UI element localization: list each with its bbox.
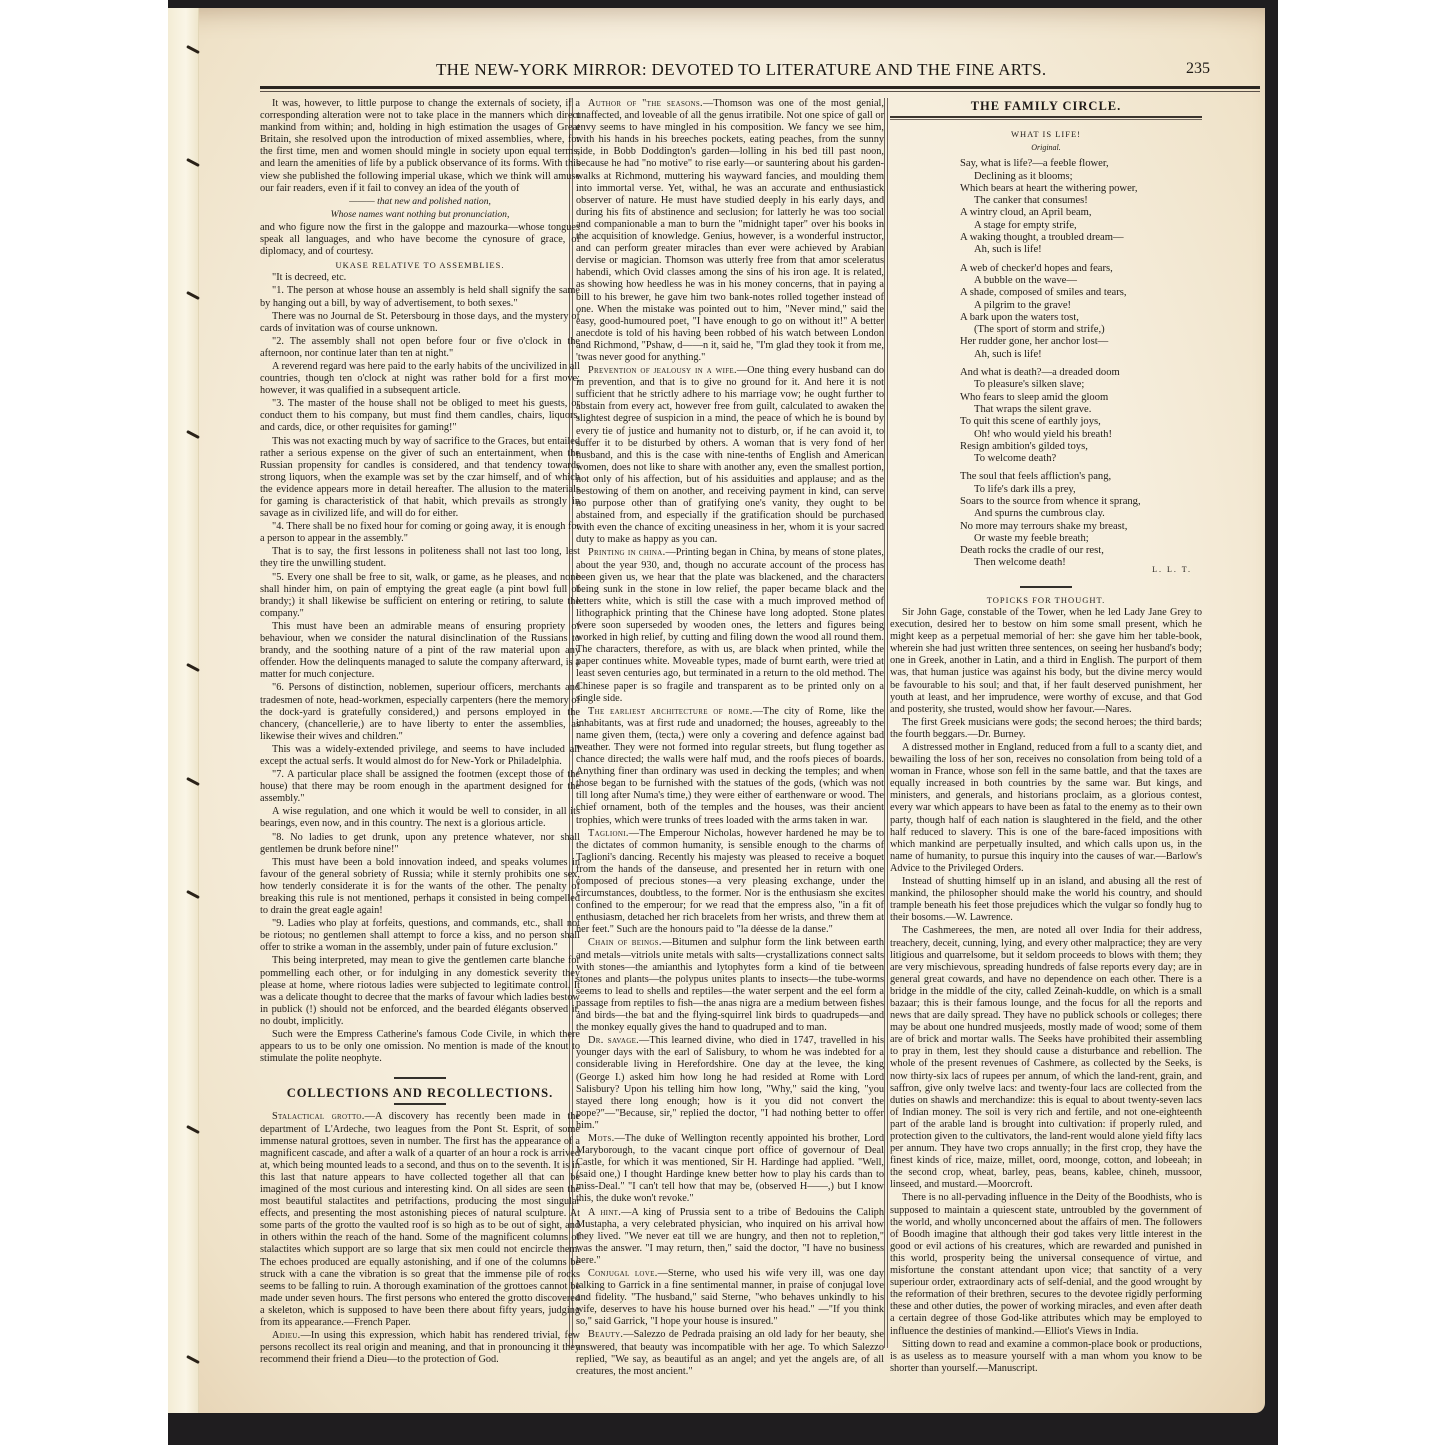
poem-line: To pleasure's silken slave; <box>960 379 1202 391</box>
article-5: "5. Every one shall be free to sit, walk… <box>260 572 580 620</box>
poem-line: A waking thought, a troubled dream— <box>960 232 1202 244</box>
item-text: —A discovery has recently been made in t… <box>260 1111 580 1328</box>
grotto-item: Stalactical grotto.—A discovery has rece… <box>260 1111 580 1329</box>
item-text: —The duke of Wellington recently appoint… <box>576 1133 884 1204</box>
section-rule <box>890 116 1202 118</box>
verse-line: Whose names want nothing but pronunciati… <box>260 209 580 221</box>
stanza-3: And what is death?—a dreaded doom To ple… <box>960 367 1202 465</box>
commentary: There was no Journal de St. Petersbourg … <box>260 311 580 335</box>
item-text: —Printing began in China, by means of st… <box>576 547 884 703</box>
poem-line: To quit this scene of earthly joys, <box>960 416 1202 428</box>
poem-line: Ah, such is life! <box>960 349 1202 361</box>
section-rule <box>394 1103 446 1105</box>
item-lead: Printing in china. <box>588 547 665 558</box>
item-lead: The earliest architecture of rome. <box>588 706 753 717</box>
publication-title: THE NEW-YORK MIRROR: DEVOTED TO LITERATU… <box>436 60 1046 80</box>
poem-line: To life's dark ills a prey, <box>960 484 1202 496</box>
poem-line: Resign ambition's gilded toys, <box>960 441 1202 453</box>
poem-line: Who fears to sleep amid the gloom <box>960 392 1202 404</box>
poem: Say, what is life?—a feeble flower, Decl… <box>960 158 1202 570</box>
poem-line: The soul that feels affliction's pang, <box>960 471 1202 483</box>
mots-item: Mots.—The duke of Wellington recently ap… <box>576 1133 884 1206</box>
poem-line: A stage for empty strife, <box>960 220 1202 232</box>
topicks-heading: TOPICKS FOR THOUGHT. <box>890 594 1202 606</box>
article-2: "2. The assembly shall not open before f… <box>260 336 580 360</box>
paragraph: and who figure now the first in the galo… <box>260 222 580 258</box>
hint-item: A hint.—A king of Prussia sent to a trib… <box>576 1207 884 1267</box>
jealousy-item: Prevention of jealousy in a wife.—One th… <box>576 365 884 546</box>
stanza-1: Say, what is life?—a feeble flower, Decl… <box>960 158 1202 256</box>
item-lead: Beauty. <box>588 1329 623 1340</box>
article-7: "7. A particular place shall be assigned… <box>260 769 580 805</box>
paragraph: "It is decreed, etc. <box>260 272 580 284</box>
binding-edge <box>168 8 199 1413</box>
item-lead: Mots. <box>588 1133 614 1144</box>
seasons-item: Author of "the seasons.—Thomson was one … <box>576 98 884 364</box>
article-8: "8. No ladies to get drunk, upon any pre… <box>260 832 580 856</box>
commentary: Such were the Empress Catherine's famous… <box>260 1029 580 1065</box>
poem-line: Declining as it blooms; <box>960 171 1202 183</box>
poem-line: The canker that consumes! <box>960 195 1202 207</box>
poem-line: A shade, composed of smiles and tears, <box>960 287 1202 299</box>
item-lead: A hint. <box>588 1207 621 1218</box>
section-rule <box>394 1077 446 1079</box>
conjugal-item: Conjugal love.—Sterne, who used his wife… <box>576 1268 884 1328</box>
commentary: This being interpreted, may mean to give… <box>260 955 580 1028</box>
paragraph: It was, however, to little purpose to ch… <box>260 98 580 195</box>
poem-line: A bubble on the wave— <box>960 275 1202 287</box>
collections-title: COLLECTIONS AND RECOLLECTIONS. <box>260 1087 580 1099</box>
poem-line: A wintry cloud, an April beam, <box>960 207 1202 219</box>
binding-stitch <box>186 158 200 167</box>
commentary: This must have been an admirable means o… <box>260 621 580 681</box>
poem-title: WHAT IS LIFE! <box>890 128 1202 140</box>
commentary: A reverend regard was here paid to the e… <box>260 361 580 397</box>
item-lead: Conjugal love. <box>588 1268 658 1279</box>
column-divider <box>887 98 888 1348</box>
binding-stitch <box>186 291 200 300</box>
section-rule <box>1020 586 1072 588</box>
item-lead: Adieu. <box>272 1330 301 1341</box>
item-text: —Salezzo de Pedrada praising an old lady… <box>576 1329 884 1376</box>
binding-stitch <box>186 1125 200 1134</box>
poem-line: That wraps the silent grave. <box>960 404 1202 416</box>
poem-line: Her rudder gone, her anchor lost— <box>960 336 1202 348</box>
topick-item: Sitting down to read and examine a commo… <box>890 1339 1202 1375</box>
binding-stitch <box>186 45 200 54</box>
poem-line: No more may terrours shake my breast, <box>960 521 1202 533</box>
item-text: —Thomson was one of the most genial, una… <box>576 98 884 363</box>
item-lead: Dr. savage. <box>588 1035 639 1046</box>
printing-item: Printing in china.—Printing began in Chi… <box>576 547 884 704</box>
poem-line: Soars to the source from whence it spran… <box>960 496 1202 508</box>
poem-line: Ah, such is life! <box>960 244 1202 256</box>
poem-line: Which bears at heart the withering power… <box>960 183 1202 195</box>
item-text: —In using this expression, which habit h… <box>260 1330 580 1365</box>
binding-stitch <box>186 663 200 672</box>
masthead-rule <box>260 86 1260 89</box>
poem-line: To welcome death? <box>960 453 1202 465</box>
topick-item: Sir John Gage, constable of the Tower, w… <box>890 607 1202 716</box>
commentary: A wise regulation, and one which it woul… <box>260 806 580 830</box>
poem-note: Original. <box>890 142 1202 154</box>
poem-line: A web of checker'd hopes and fears, <box>960 263 1202 275</box>
poem-line: And what is death?—a dreaded doom <box>960 367 1202 379</box>
topick-item: The first Greek musicians were gods; the… <box>890 717 1202 741</box>
chain-item: Chain of beings.—Bitumen and sulphur for… <box>576 937 884 1034</box>
stanza-2: A web of checker'd hopes and fears, A bu… <box>960 263 1202 361</box>
ukase-heading: UKASE RELATIVE TO ASSEMBLIES. <box>260 259 580 271</box>
item-text: —The Emperour Nicholas, however hardened… <box>576 828 884 936</box>
newspaper-page: THE NEW-YORK MIRROR: DEVOTED TO LITERATU… <box>168 8 1265 1413</box>
poem-line: Or waste my feeble breath; <box>960 533 1202 545</box>
article-4: "4. There shall be no fixed hour for com… <box>260 521 580 545</box>
item-text: —A king of Prussia sent to a tribe of Be… <box>576 1207 884 1266</box>
taglioni-item: Taglioni.—The Emperour Nicholas, however… <box>576 828 884 937</box>
poem-line: Oh! who would yield his breath! <box>960 429 1202 441</box>
article-9: "9. Ladies who play at forfeits, questio… <box>260 918 580 954</box>
rome-item: The earliest architecture of rome.—The c… <box>576 706 884 827</box>
binding-stitch <box>186 430 200 439</box>
binding-stitch <box>186 777 200 786</box>
adieu-item: Adieu.—In using this expression, which h… <box>260 1330 580 1366</box>
topick-item: The Cashmerees, the men, are noted all o… <box>890 925 1202 1191</box>
beauty-item: Beauty.—Salezzo de Pedrada praising an o… <box>576 1329 884 1377</box>
article-6: "6. Persons of distinction, noblemen, su… <box>260 682 580 742</box>
poem-line: Say, what is life?—a feeble flower, <box>960 158 1202 170</box>
column-3: THE FAMILY CIRCLE. WHAT IS LIFE! Origina… <box>890 98 1202 1376</box>
topick-item: There is no all-pervading influence in t… <box>890 1192 1202 1337</box>
section-rule-thin <box>890 119 1202 120</box>
topick-item: Instead of shutting himself up in an isl… <box>890 876 1202 924</box>
poem-line: Death rocks the cradle of our rest, <box>960 545 1202 557</box>
commentary: This must have been a bold innovation in… <box>260 857 580 917</box>
verse-line: ——— that new and polished nation, <box>260 196 580 208</box>
poem-line: A pilgrim to the grave! <box>960 300 1202 312</box>
poem-line: A bark upon the waters tost, <box>960 312 1202 324</box>
item-lead: Chain of beings. <box>588 937 662 948</box>
item-text: —One thing every husband can do in preve… <box>576 365 884 545</box>
poem-line: (The sport of storm and strife,) <box>960 324 1202 336</box>
item-lead: Stalactical grotto. <box>272 1111 365 1122</box>
commentary: This was a widely-extended privilege, an… <box>260 744 580 768</box>
poem-line: And spurns the cumbrous clay. <box>960 508 1202 520</box>
stanza-4: The soul that feels affliction's pang, T… <box>960 471 1202 569</box>
item-lead: Taglioni. <box>588 828 629 839</box>
item-lead: Prevention of jealousy in a wife. <box>588 365 737 376</box>
binding-stitch <box>186 890 200 899</box>
binding-stitch <box>186 1355 200 1364</box>
masthead: THE NEW-YORK MIRROR: DEVOTED TO LITERATU… <box>258 60 1258 82</box>
topick-item: A distressed mother in England, reduced … <box>890 742 1202 875</box>
article-1: "1. The person at whose house an assembl… <box>260 285 580 309</box>
article-3: "3. The master of the house shall not be… <box>260 398 580 434</box>
item-lead: Author of "the seasons. <box>588 98 703 109</box>
column-divider <box>884 98 885 1348</box>
column-1: It was, however, to little purpose to ch… <box>260 98 580 1367</box>
family-circle-title: THE FAMILY CIRCLE. <box>890 100 1202 112</box>
item-text: —This learned divine, who died in 1747, … <box>576 1035 884 1131</box>
column-2: Author of "the seasons.—Thomson was one … <box>576 98 884 1379</box>
savage-item: Dr. savage.—This learned divine, who die… <box>576 1035 884 1132</box>
commentary: This was not exacting much by way of sac… <box>260 436 580 521</box>
item-text: —The city of Rome, like the inhabitants,… <box>576 706 884 826</box>
commentary: That is to say, the first lessons in pol… <box>260 546 580 570</box>
item-text: —Bitumen and sulphur form the link betwe… <box>576 937 884 1033</box>
masthead-rule-thin <box>260 91 1260 92</box>
page-number: 235 <box>1186 60 1210 78</box>
